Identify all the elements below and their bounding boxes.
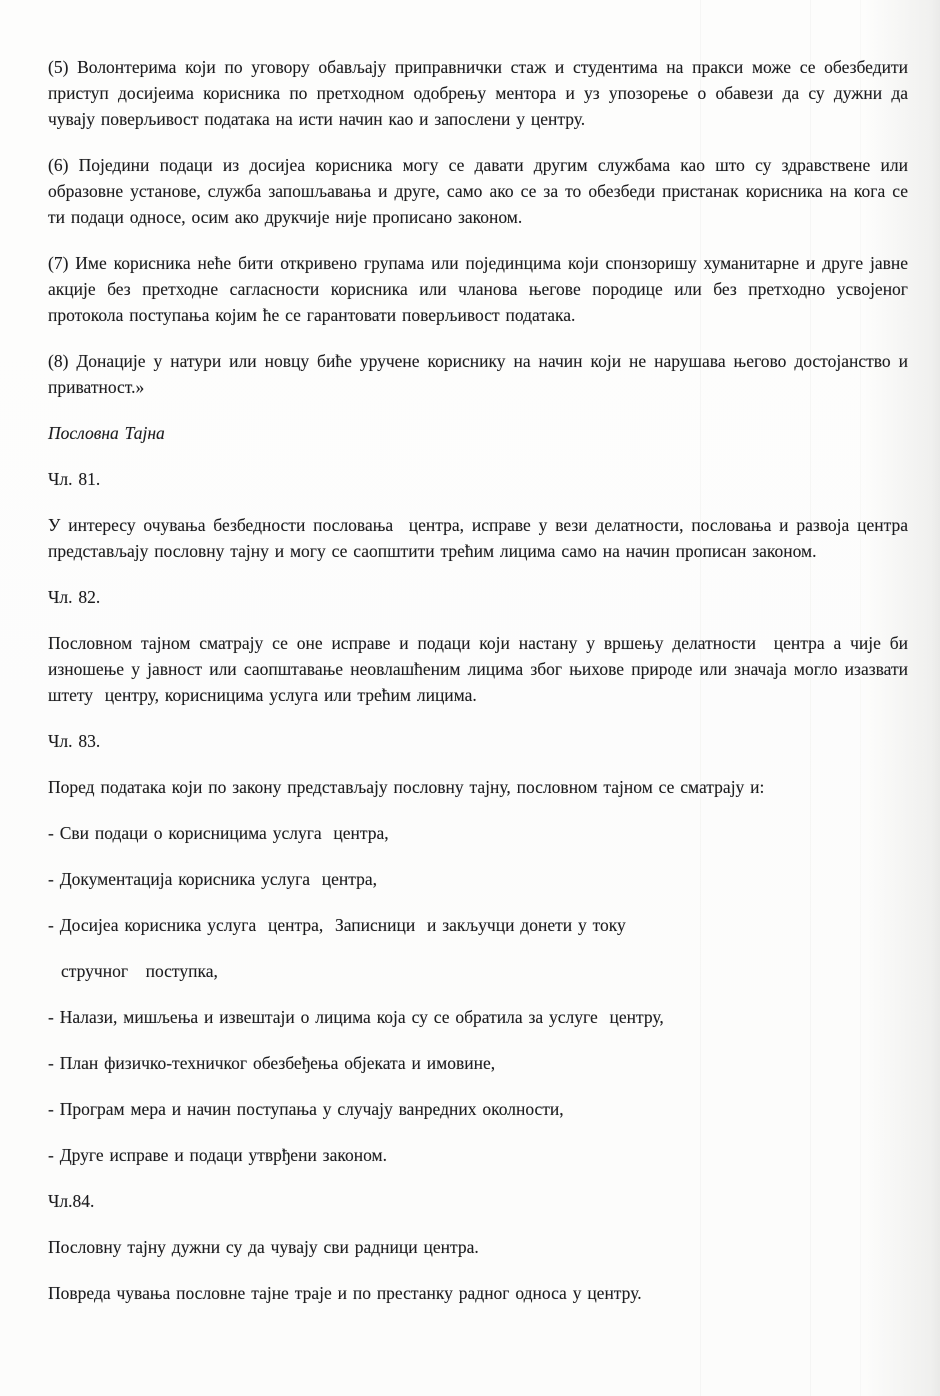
- list-item: - Налази, мишљења и извештаји о лицима к…: [48, 1004, 908, 1030]
- article-82-heading: Чл. 82.: [48, 584, 908, 610]
- paragraph-8: (8) Донације у натури или новцу биће уру…: [48, 348, 908, 400]
- list-item: - План физичко-техничког обезбеђења обје…: [48, 1050, 908, 1076]
- list-item: - Програм мера и начин поступања у случа…: [48, 1096, 908, 1122]
- list-item: - Сви подаци о корисницима услуга центра…: [48, 820, 908, 846]
- paragraph-6: (6) Поједини подаци из досијеа корисника…: [48, 152, 908, 230]
- article-84-heading: Чл.84.: [48, 1188, 908, 1214]
- section-heading-poslovna-tajna: Пословна Тајна: [48, 420, 908, 446]
- list-item: - Друге исправе и подаци утврђени законо…: [48, 1142, 908, 1168]
- article-82-paragraph: Пословном тајном сматрају се оне исправе…: [48, 630, 908, 708]
- article-81-paragraph: У интересу очувања безбедности пословања…: [48, 512, 908, 564]
- article-81-heading: Чл. 81.: [48, 466, 908, 492]
- article-83-heading: Чл. 83.: [48, 728, 908, 754]
- paragraph-5: (5) Волонтерима који по уговору обављају…: [48, 54, 908, 132]
- article-84-paragraph-1: Пословну тајну дужни су да чувају сви ра…: [48, 1234, 908, 1260]
- list-item: - Документација корисника услуга центра,: [48, 866, 908, 892]
- document-page: (5) Волонтерима који по уговору обављају…: [0, 0, 940, 1396]
- article-84-paragraph-2: Повреда чувања пословне тајне траје и по…: [48, 1280, 908, 1306]
- list-item: - Досијеа корисника услуга центра, Запис…: [48, 912, 908, 938]
- paragraph-7: (7) Име корисника неће бити откривено гр…: [48, 250, 908, 328]
- list-item-continuation: стручног поступка,: [48, 958, 908, 984]
- article-83-intro: Поред података који по закону представља…: [48, 774, 908, 800]
